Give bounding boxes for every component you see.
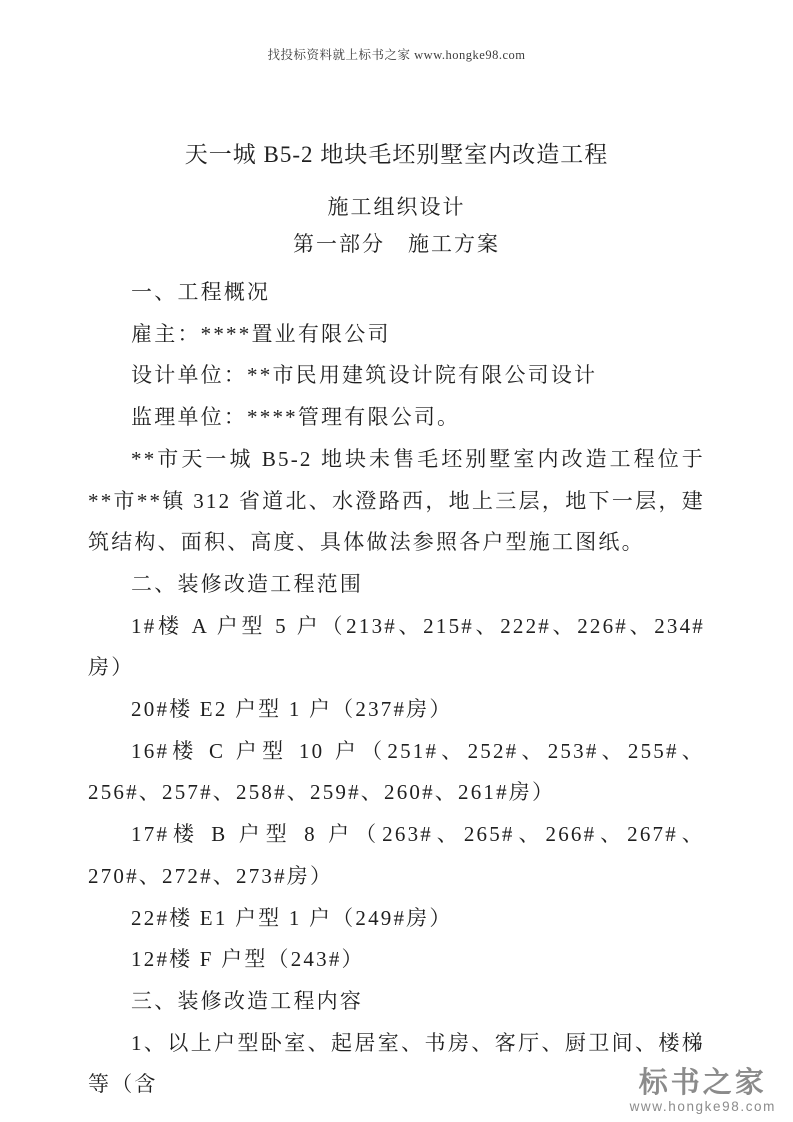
- part-heading: 第一部分 施工方案: [88, 231, 705, 257]
- paragraph: 1、以上户型卧室、起居室、书房、客厅、厨卫间、楼梯等（含: [88, 1023, 705, 1106]
- paragraph: 12#楼 F 户型（243#）: [88, 939, 705, 981]
- paragraph: 一、工程概况: [88, 272, 705, 314]
- document-subtitle: 施工组织设计: [88, 194, 705, 220]
- page-number: 1: [688, 1038, 708, 1054]
- paragraph: 20#楼 E2 户型 1 户（237#房）: [88, 689, 705, 731]
- paragraph-list: 一、工程概况雇主：****置业有限公司设计单位：**市民用建筑设计院有限公司设计…: [88, 272, 705, 1106]
- paragraph: 三、装修改造工程内容: [88, 981, 705, 1023]
- paragraph: 设计单位：**市民用建筑设计院有限公司设计: [88, 355, 705, 397]
- document-page: 找投标资料就上标书之家 www.hongke98.com 天一城 B5-2 地块…: [0, 0, 793, 1122]
- footer-watermark: 标书之家 www.hongke98.com: [630, 1068, 776, 1114]
- paragraph: 16#楼 C 户型 10 户（251#、252#、253#、255#、256#、…: [88, 731, 705, 814]
- paragraph: 监理单位：****管理有限公司。: [88, 397, 705, 439]
- document-title: 天一城 B5-2 地块毛坯别墅室内改造工程: [88, 141, 705, 168]
- paragraph: 二、装修改造工程范围: [88, 564, 705, 606]
- paragraph: **市天一城 B5-2 地块未售毛坯别墅室内改造工程位于**市**镇 312 省…: [88, 439, 705, 564]
- document-content: 天一城 B5-2 地块毛坯别墅室内改造工程 施工组织设计 第一部分 施工方案 一…: [88, 141, 705, 1106]
- paragraph: 雇主：****置业有限公司: [88, 314, 705, 356]
- watermark-logo: 标书之家: [630, 1068, 776, 1099]
- paragraph: 17#楼 B 户型 8 户（263#、265#、266#、267#、270#、2…: [88, 814, 705, 897]
- watermark-url: www.hongke98.com: [630, 1099, 776, 1114]
- paragraph: 1#楼 A 户型 5 户（213#、215#、222#、226#、234#房）: [88, 606, 705, 689]
- header-watermark-text: 找投标资料就上标书之家 www.hongke98.com: [0, 47, 793, 63]
- paragraph: 22#楼 E1 户型 1 户（249#房）: [88, 898, 705, 940]
